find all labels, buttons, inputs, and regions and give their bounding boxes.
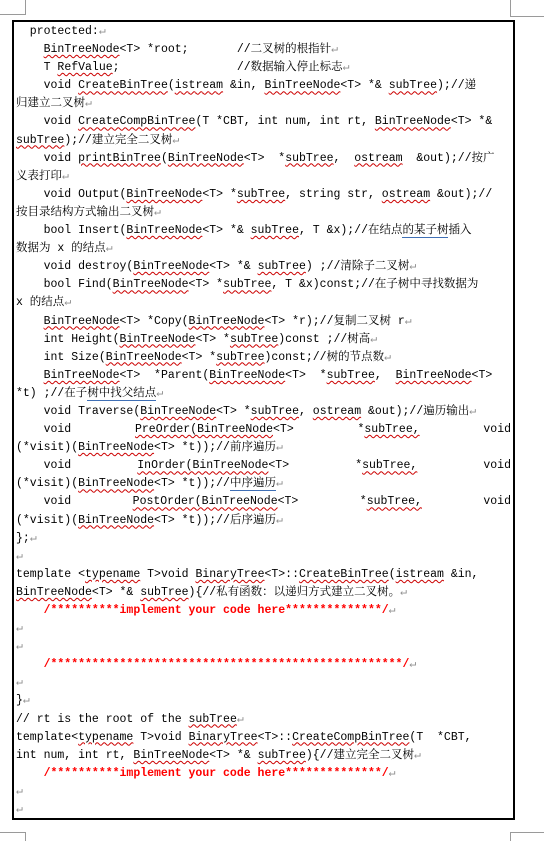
code-text: <T> *	[216, 405, 251, 418]
code-text: <T> *&	[209, 260, 257, 273]
text-boundary-mark-top-left-v	[25, 0, 26, 15]
code-text: 义表打印	[16, 170, 62, 183]
code-text: void Traverse(	[16, 405, 140, 418]
code-text: (	[389, 568, 396, 581]
code-line[interactable]: x 的结点↵	[16, 294, 513, 312]
code-text: <T> *	[189, 278, 224, 291]
code-line[interactable]: voidInOrder(BinTreeNode<T>*subTree,void	[16, 457, 513, 475]
code-line[interactable]: bool Insert(BinTreeNode<T> *& subTree, T…	[16, 222, 513, 240]
code-text: *	[360, 495, 367, 508]
justified-code-segment: InOrder(BinTreeNode<T>	[137, 457, 289, 475]
code-line[interactable]: BinTreeNode<T> *& subTree){//私有函数：以递归方式建…	[16, 584, 513, 602]
spellcheck-flagged-text: BinTreeNode	[120, 333, 196, 346]
code-line[interactable]: }↵	[16, 692, 513, 710]
spellcheck-flagged-text: subTree	[258, 749, 306, 762]
spellcheck-flagged-text: subTree,	[364, 423, 419, 436]
code-line[interactable]: BinTreeNode<T> *Parent(BinTreeNode<T> *s…	[16, 367, 513, 385]
code-text: <T>::	[258, 731, 293, 744]
code-text: ,	[375, 369, 396, 382]
code-line[interactable]: *t) ;//在子树中找父结点↵	[16, 385, 513, 403]
code-text: <T> *t));//前序遍历	[154, 441, 276, 454]
code-text: int num, int rt,	[16, 749, 133, 762]
paragraph-mark: ↵	[389, 604, 396, 617]
justified-code-segment: *subTree,	[360, 493, 422, 511]
text-boundary-mark-bottom-right-v	[510, 832, 511, 841]
spellcheck-flagged-text: CreateBinTree	[299, 568, 389, 581]
code-text: &in,	[223, 79, 264, 92]
justified-code-segment: void	[16, 457, 71, 475]
code-line[interactable]: ↵	[16, 638, 513, 656]
paragraph-mark: ↵	[409, 658, 416, 671]
text-boundary-mark-top-right-v	[510, 0, 511, 17]
spellcheck-flagged-text: BinTreeNode	[78, 477, 154, 490]
spellcheck-flagged-text: BinTreeNode	[126, 188, 202, 201]
spellcheck-flagged-text: subTree	[223, 278, 271, 291]
spellcheck-flagged-text: subTree	[216, 351, 264, 364]
spellcheck-flagged-text: BinTreeNode	[113, 278, 189, 291]
spellcheck-flagged-text: RefValue	[57, 61, 112, 74]
code-text: <T> *	[202, 188, 237, 201]
code-line[interactable]: ↵	[16, 801, 513, 819]
code-text: ; //数据输入停止标志	[113, 61, 343, 74]
code-text: template <	[16, 568, 85, 581]
code-line[interactable]: 义表打印↵	[16, 168, 513, 186]
code-text: &out);//按广	[403, 152, 495, 165]
spellcheck-flagged-text: subTree	[251, 224, 299, 237]
code-text: void	[16, 115, 78, 128]
justified-code-segment: PostOrder(BinTreeNode<T>	[133, 493, 299, 511]
code-text: <T> *	[195, 333, 230, 346]
code-text: 按目录结构方式输出二叉树	[16, 206, 154, 219]
code-line[interactable]: voidPostOrder(BinTreeNode<T>*subTree,voi…	[16, 493, 513, 511]
code-text: void Output(	[16, 188, 126, 201]
paragraph-mark: ↵	[172, 134, 179, 147]
code-text: (T *CBT, int num, int rt,	[195, 115, 374, 128]
code-text: )const;//树的节点数	[264, 351, 384, 364]
code-text: <T>	[472, 369, 493, 382]
paragraph-mark: ↵	[389, 767, 396, 780]
spellcheck-flagged-text: BinTreeNode	[396, 369, 472, 382]
spellcheck-flagged-text: InOrder(BinTreeNode	[137, 459, 268, 472]
spellcheck-flagged-text: printBinTree	[78, 152, 161, 165]
paragraph-mark: ↵	[343, 61, 350, 74]
spellcheck-flagged-text: BinTreeNode	[140, 405, 216, 418]
spellcheck-flagged-text: subTree	[258, 260, 306, 273]
paragraph-mark: ↵	[370, 333, 377, 346]
spellcheck-flagged-text: subTree	[189, 713, 237, 726]
page-border-box: protected:↵ BinTreeNode<T> *root; //二叉树的…	[12, 20, 515, 820]
code-line[interactable]: };↵	[16, 530, 513, 548]
code-text: void	[483, 423, 511, 436]
spellcheck-flagged-text: istream	[396, 568, 444, 581]
code-line[interactable]: protected:↵	[16, 23, 513, 41]
code-text: , string str,	[285, 188, 382, 201]
paragraph-mark: ↵	[16, 640, 23, 653]
code-text: template<	[16, 731, 78, 744]
spellcheck-flagged-text: BinTreeNode	[16, 586, 92, 599]
code-text: /**********implement your code here*****…	[16, 767, 389, 780]
justified-code-segment: *subTree,	[355, 457, 417, 475]
code-text: );//递	[437, 79, 476, 92]
code-line[interactable]: (*visit)(BinTreeNode<T> *t));//后序遍历↵	[16, 512, 513, 530]
spellcheck-flagged-text: CreateBinTree	[78, 79, 168, 92]
spellcheck-flagged-text: BinTreeNode	[44, 315, 120, 328]
code-text: ,	[299, 405, 313, 418]
code-text: ,	[334, 152, 355, 165]
spellcheck-flagged-text: BinTreeNode	[126, 224, 202, 237]
spellcheck-flagged-text: BinTreeNode	[106, 351, 182, 364]
code-text: /**********implement your code here*****…	[16, 604, 389, 617]
spellcheck-flagged-text: subTree	[230, 333, 278, 346]
code-text: , T &x);//在结点	[299, 224, 403, 237]
paragraph-mark: ↵	[414, 749, 421, 762]
spellcheck-flagged-text: subTree	[251, 405, 299, 418]
spellcheck-flagged-text: BinaryTree	[195, 568, 264, 581]
justified-code-segment: *subTree,	[358, 421, 420, 439]
grammar-flagged-text: 的某子树	[402, 224, 448, 238]
text-boundary-mark-bottom-right-h	[510, 832, 544, 833]
spellcheck-flagged-text: BinTreeNode	[264, 79, 340, 92]
paragraph-mark: ↵	[154, 206, 161, 219]
code-line[interactable]: BinTreeNode<T> *Copy(BinTreeNode<T> *r);…	[16, 313, 513, 331]
code-text: <T>	[278, 495, 299, 508]
code-text: T>void	[133, 731, 188, 744]
paragraph-mark: ↵	[384, 351, 391, 364]
code-line[interactable]: ↵	[16, 548, 513, 566]
code-text: int Height(	[16, 333, 120, 346]
code-line[interactable]: template <typename T>void BinaryTree<T>:…	[16, 566, 513, 584]
code-text: bool Insert(	[16, 224, 126, 237]
spellcheck-flagged-text: subTree	[389, 79, 437, 92]
code-text	[16, 369, 44, 382]
code-text: T>void	[140, 568, 195, 581]
spellcheck-flagged-text: subTree,	[367, 495, 422, 508]
code-line[interactable]: void CreateCompBinTree(T *CBT, int num, …	[16, 113, 513, 131]
code-line[interactable]: void destroy(BinTreeNode<T> *& subTree) …	[16, 258, 513, 276]
spellcheck-flagged-text: BinTreeNode	[133, 749, 209, 762]
code-text: <T> *&	[209, 749, 257, 762]
code-text: ) ;//清除子二叉树	[306, 260, 410, 273]
code-text: <T> *r);//复制二叉树 r	[264, 315, 404, 328]
code-line[interactable]: voidPreOrder(BinTreeNode<T>*subTree,void	[16, 421, 513, 439]
paragraph-mark: ↵	[409, 260, 416, 273]
code-line[interactable]: ↵	[16, 620, 513, 638]
code-line[interactable]: void CreateBinTree(istream &in, BinTreeN…	[16, 77, 513, 95]
spellcheck-flagged-text: BinaryTree	[189, 731, 258, 744]
paragraph-mark: ↵	[16, 803, 23, 816]
code-line[interactable]: 归建立二叉树↵	[16, 95, 513, 113]
code-text: &in,	[444, 568, 479, 581]
spellcheck-flagged-text: CreateCompBinTree	[78, 115, 195, 128]
code-text: <T> *t));//	[154, 477, 230, 490]
code-text: // rt is the root of the	[16, 713, 189, 726]
spellcheck-flagged-text: BinTreeNode	[133, 260, 209, 273]
paragraph-mark: ↵	[276, 441, 283, 454]
placeholder-code-line[interactable]: /**********implement your code here*****…	[16, 765, 513, 783]
paragraph-mark: ↵	[16, 622, 23, 635]
paragraph-mark: ↵	[276, 514, 283, 527]
paragraph-mark: ↵	[99, 25, 106, 38]
code-text: (*visit)(	[16, 514, 78, 527]
code-text: void	[16, 459, 71, 472]
paragraph-mark: ↵	[156, 387, 163, 400]
code-text: <T> *	[285, 369, 326, 382]
text-boundary-mark-bottom-left-h	[0, 832, 26, 833]
code-text: , T &x)const;//在子树中寻找数据为	[271, 278, 478, 291]
code-text: 归建立二叉树	[16, 97, 85, 110]
code-line[interactable]: int num, int rt, BinTreeNode<T> *& subTr…	[16, 747, 513, 765]
code-line[interactable]: (*visit)(BinTreeNode<T> *t));//前序遍历↵	[16, 439, 513, 457]
paragraph-mark: ↵	[16, 785, 23, 798]
code-text: <T>	[268, 459, 289, 472]
spellcheck-flagged-text: BinTreeNode	[44, 369, 120, 382]
spellcheck-flagged-text: subTree	[237, 188, 285, 201]
paragraph-mark: ↵	[64, 296, 71, 309]
spellcheck-flagged-text: BinTreeNode	[78, 441, 154, 454]
code-text: protected:	[16, 25, 99, 38]
spellcheck-flagged-text: ostream	[313, 405, 361, 418]
code-text: &out);//	[430, 188, 492, 201]
document-page: protected:↵ BinTreeNode<T> *root; //二叉树的…	[0, 0, 544, 841]
code-text: <T>::	[264, 568, 299, 581]
code-line[interactable]: subTree);//建立完全二叉树↵	[16, 132, 513, 150]
code-text	[16, 315, 44, 328]
code-text: <T> *&	[92, 586, 140, 599]
code-line[interactable]: // rt is the root of the subTree↵	[16, 711, 513, 729]
justified-code-segment: void	[483, 493, 511, 511]
code-text: )const ;//树高	[278, 333, 370, 346]
code-text: void	[16, 423, 71, 436]
code-text: void	[16, 152, 78, 165]
justified-code-segment: void	[483, 457, 511, 475]
code-text: (	[168, 79, 175, 92]
code-line[interactable]: bool Find(BinTreeNode<T> *subTree, T &x)…	[16, 276, 513, 294]
code-text: bool Find(	[16, 278, 113, 291]
spellcheck-flagged-text: subTree,	[362, 459, 417, 472]
code-text: };	[16, 532, 30, 545]
code-text: (T *CBT,	[409, 731, 471, 744]
code-text: <T> *	[182, 351, 217, 364]
spellcheck-flagged-text: ostream	[382, 188, 430, 201]
code-text: int Size(	[16, 351, 106, 364]
code-text: void	[16, 495, 71, 508]
paragraph-mark: ↵	[23, 694, 30, 707]
code-area[interactable]: protected:↵ BinTreeNode<T> *root; //二叉树的…	[16, 23, 513, 819]
code-text: /***************************************…	[16, 658, 409, 671]
spellcheck-flagged-text: PreOrder(BinTreeNode	[135, 423, 273, 436]
code-text: x 的结点	[16, 296, 64, 309]
code-line[interactable]: ↵	[16, 783, 513, 801]
code-line[interactable]: void printBinTree(BinTreeNode<T> *subTre…	[16, 150, 513, 168]
spellcheck-flagged-text: BinTreeNode	[168, 152, 244, 165]
spellcheck-flagged-text: subTree	[16, 134, 64, 147]
paragraph-mark: ↵	[276, 477, 283, 490]
paragraph-mark: ↵	[62, 170, 69, 183]
paragraph-mark: ↵	[400, 586, 407, 599]
spellcheck-flagged-text: istream	[175, 79, 223, 92]
justified-code-segment: void	[483, 421, 511, 439]
code-line[interactable]: 数据为 x 的结点↵	[16, 240, 513, 258]
spellcheck-flagged-text: BinTreeNode	[375, 115, 451, 128]
code-line[interactable]: (*visit)(BinTreeNode<T> *t));//中序遍历↵	[16, 475, 513, 493]
code-line[interactable]: int Size(BinTreeNode<T> *subTree)const;/…	[16, 349, 513, 367]
code-text: void	[483, 495, 511, 508]
paragraph-mark: ↵	[469, 405, 476, 418]
spellcheck-flagged-text: BinTreeNode	[78, 514, 154, 527]
code-text: <T> *Copy(	[120, 315, 189, 328]
code-text	[16, 43, 44, 56]
paragraph-mark: ↵	[16, 676, 23, 689]
code-text: *t) ;//在子	[16, 387, 87, 400]
code-text: <T> *&	[451, 115, 492, 128]
code-text: <T> *&	[202, 224, 250, 237]
spellcheck-flagged-text: ostream	[354, 152, 402, 165]
code-text: &out);//遍历输出	[361, 405, 469, 418]
code-line[interactable]: template<typename T>void BinaryTree<T>::…	[16, 729, 513, 747]
code-line[interactable]: void Output(BinTreeNode<T> *subTree, str…	[16, 186, 513, 204]
code-text: <T> *	[244, 152, 285, 165]
code-text: <T> *root; //二叉树的根指针	[120, 43, 332, 56]
spellcheck-flagged-text: PostOrder(BinTreeNode	[133, 495, 278, 508]
justified-code-segment: PreOrder(BinTreeNode<T>	[135, 421, 294, 439]
code-text: 数据为 x 的结点	[16, 242, 106, 255]
spellcheck-flagged-text: typename	[85, 568, 140, 581]
text-boundary-mark-top-left-h	[0, 14, 26, 15]
code-text: (*visit)(	[16, 477, 78, 490]
text-boundary-mark-bottom-left-v	[25, 832, 26, 841]
paragraph-mark: ↵	[331, 43, 338, 56]
code-text: <T> *t));//后序遍历	[154, 514, 276, 527]
spellcheck-flagged-text: BinTreeNode	[209, 369, 285, 382]
code-text: <T> *Parent(	[120, 369, 210, 382]
code-text: void destroy(	[16, 260, 133, 273]
code-text: T	[16, 61, 57, 74]
spellcheck-flagged-text: CreateCompBinTree	[292, 731, 409, 744]
code-line[interactable]: T RefValue; //数据输入停止标志↵	[16, 59, 513, 77]
justified-code-segment: void	[16, 421, 71, 439]
code-text: );//建立完全二叉树	[64, 134, 172, 147]
paragraph-mark: ↵	[16, 550, 23, 563]
placeholder-code-line[interactable]: /**********implement your code here*****…	[16, 602, 513, 620]
paragraph-mark: ↵	[106, 242, 113, 255]
code-text: ){//建立完全二叉树	[306, 749, 414, 762]
spellcheck-flagged-text: typename	[78, 731, 133, 744]
code-text: void	[16, 79, 78, 92]
paragraph-mark: ↵	[237, 713, 244, 726]
paragraph-mark: ↵	[405, 315, 412, 328]
code-line[interactable]: void Traverse(BinTreeNode<T> *subTree, o…	[16, 403, 513, 421]
placeholder-code-line[interactable]: /***************************************…	[16, 656, 513, 674]
spellcheck-flagged-text: BinTreeNode	[189, 315, 265, 328]
code-line[interactable]: 按目录结构方式输出二叉树↵	[16, 204, 513, 222]
spellcheck-flagged-text: BinTreeNode	[44, 43, 120, 56]
grammar-flagged-text: 树中找父结点	[87, 387, 156, 401]
code-text: (*visit)(	[16, 441, 78, 454]
spellcheck-flagged-text: subTree	[285, 152, 333, 165]
code-text: 插入	[448, 224, 471, 237]
code-text: <T> *&	[340, 79, 388, 92]
code-text: <T>	[273, 423, 294, 436]
code-text: void	[483, 459, 511, 472]
justified-code-segment: void	[16, 493, 71, 511]
paragraph-mark: ↵	[30, 532, 37, 545]
code-line[interactable]: BinTreeNode<T> *root; //二叉树的根指针↵	[16, 41, 513, 59]
spellcheck-flagged-text: subTree	[327, 369, 375, 382]
grammar-flagged-text: 中序遍历	[230, 477, 276, 491]
code-line[interactable]: ↵	[16, 674, 513, 692]
text-boundary-mark-top-right-h	[510, 16, 544, 17]
code-text: }	[16, 694, 23, 707]
code-line[interactable]: int Height(BinTreeNode<T> *subTree)const…	[16, 331, 513, 349]
spellcheck-flagged-text: subTree	[140, 586, 188, 599]
code-text: (	[161, 152, 168, 165]
paragraph-mark: ↵	[85, 97, 92, 110]
code-text: ){//私有函数：以递归方式建立二叉树。	[189, 586, 401, 599]
